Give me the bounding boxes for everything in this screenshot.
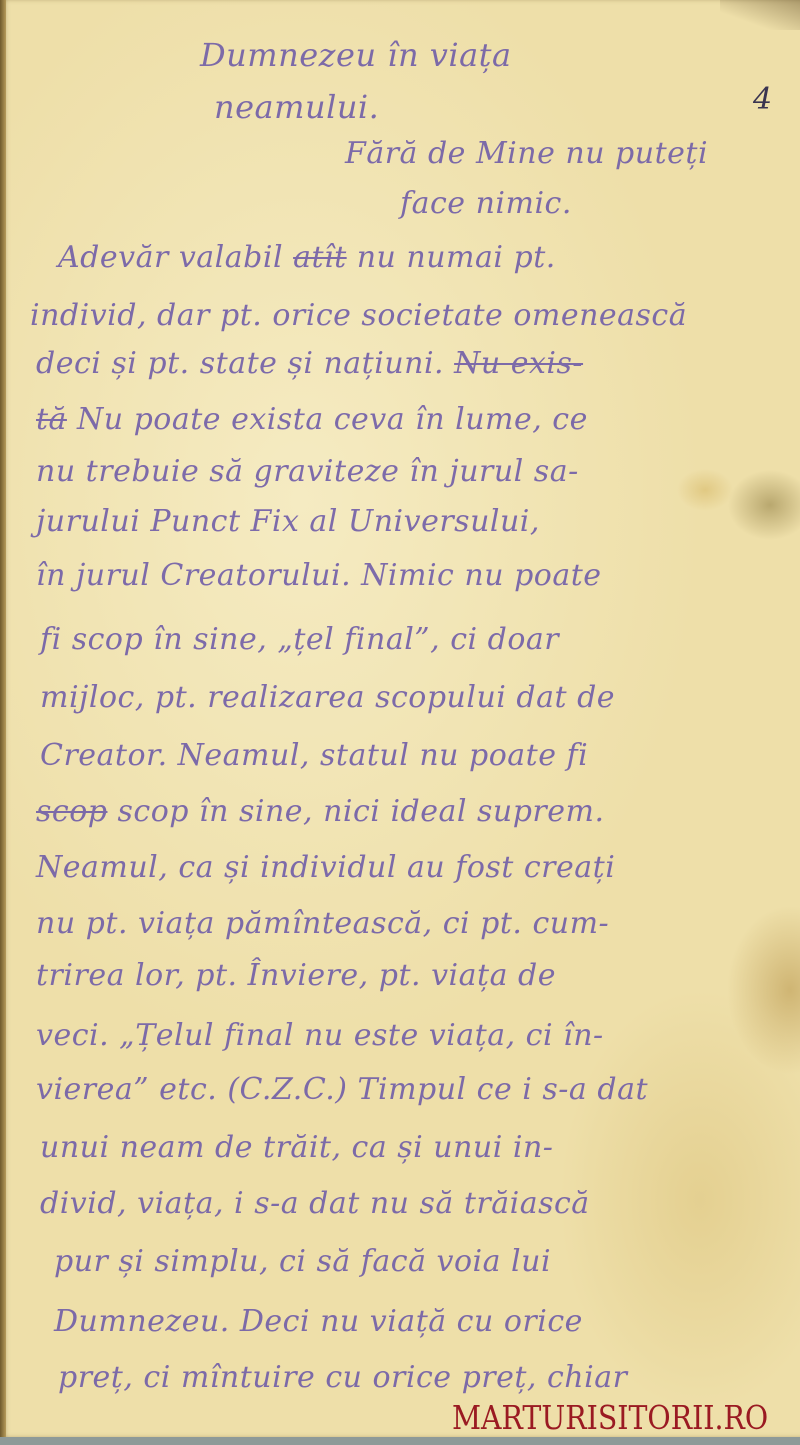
epigraph-line-1: Fără de Mine nu puteți [345,136,708,171]
manuscript-page: Dumnezeu în viața neamului. 4 Fără de Mi… [0,0,800,1437]
body-line: Creator. Neamul, statul nu poate fi [40,738,588,773]
struck-text: scop [36,794,107,829]
line-text: nu numai pt. [347,240,556,275]
body-line: preț, ci mîntuire cu orice preț, chiar [58,1360,627,1395]
scan-background-strip [0,1437,800,1445]
corner-fold [720,0,800,30]
body-line: unui neam de trăit, ca și unui in- [40,1130,553,1165]
body-line: individ, dar pt. orice societate omeneas… [30,298,687,333]
body-line: în jurul Creatorului. Nimic nu poate [36,558,602,593]
body-line: pur și simplu, ci să facă voia lui [54,1244,551,1279]
line-text: Adevăr valabil [58,240,293,275]
title-line-1: Dumnezeu în viața [200,36,512,74]
body-line: jurului Punct Fix al Universului, [36,504,540,539]
body-line: mijloc, pt. realizarea scopului dat de [40,680,615,715]
line-text: scop în sine, nici ideal suprem. [107,794,604,829]
struck-text: tă [36,402,67,437]
body-line: Neamul, ca și individul au fost creați [36,850,615,885]
body-line: nu pt. viața pămîntească, ci pt. cum- [36,906,609,941]
title-line-2: neamului. [214,88,379,126]
struck-text: atît [293,240,347,275]
line-text: deci și pt. state și națiuni. [36,346,454,381]
page-number: 4 [753,82,772,117]
body-line: fi scop în sine, „țel final”, ci doar [40,622,559,657]
body-line: Dumnezeu. Deci nu viață cu orice [54,1304,583,1339]
body-line: veci. „Țelul final nu este viața, ci în- [36,1018,604,1053]
watermark-logo: MARTURISITORII.RO [452,1398,768,1437]
epigraph-line-2: face nimic. [400,186,572,221]
body-line: trirea lor, pt. Înviere, pt. viața de [36,958,556,993]
body-line: vierea” etc. (C.Z.C.) Timpul ce i s-a da… [36,1072,648,1107]
line-text: Nu poate exista ceva în lume, ce [67,402,588,437]
body-line: deci și pt. state și națiuni. Nu exis- [36,346,583,381]
body-line: tă Nu poate exista ceva în lume, ce [36,402,588,437]
body-line: Adevăr valabil atît nu numai pt. [58,240,556,275]
binding-edge [0,0,6,1437]
body-line: scop scop în sine, nici ideal suprem. [36,794,605,829]
body-line: divid, viața, i s-a dat nu să trăiască [40,1186,590,1221]
struck-text: Nu exis- [454,346,583,381]
body-line: nu trebuie să graviteze în jurul sa- [36,454,579,489]
